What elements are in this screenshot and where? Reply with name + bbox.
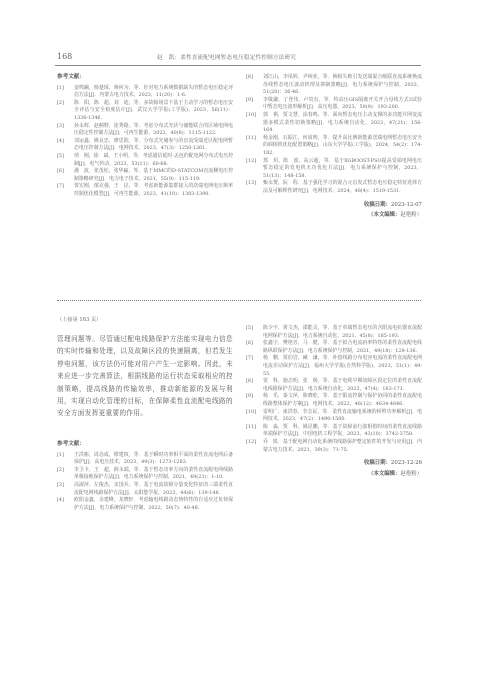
reference-item: [7]贾宏刚，郁克强，王 昆，等．考虑新能源集群接入的送端电网电压频率控制优化模… (57, 183, 233, 198)
page-number: 168 (57, 52, 72, 61)
reference-text: 陈 阳，陈 超，刘 迪，等．多故障场景下基于主动学习的暂态电压安全评估与安全裕度… (74, 100, 233, 123)
continued-from-note: （上接第 163 页） (57, 316, 101, 323)
reference-number: [11] (246, 135, 263, 158)
references-heading: 参考文献： (57, 441, 233, 449)
reference-number: [5] (57, 153, 74, 168)
reference-item: [10]郭 祺，贾文慧，涂春鸣，等．面向暂态电压主动支撑的多功能并网变流器多模式… (246, 112, 422, 135)
reference-text: 陈少宇，黄文杰，邵能灵，等．基于单端暂态电压的含限流电抗器直流配电网保护方法[J… (263, 325, 422, 340)
reference-item: [11]杨金刚，石振江，何成明，等．提升高比例新能源送端电网暂态电压安全的调相机… (246, 135, 422, 158)
reference-text: 郑 玥，陈 波，高云超，等．基于XGBOOST-PSO提高受端电网电压暂态稳定的… (263, 158, 422, 181)
reference-number: [7] (57, 183, 74, 198)
reference-number: [12] (246, 158, 263, 181)
reference-text: 王洪彬，周念成，缪建权，等．基于瞬时功率相平面的柔性直流电网后备保护[J]．高电… (74, 452, 233, 467)
reference-text: 李敬謙，丁登伟，卢贵有，等．特高压GIS隔离开关开合母线方式3试验中暂态电压波形… (263, 97, 422, 112)
reference-number: [9] (246, 393, 263, 408)
reference-item: [8]贾 科，施志明，张 旸，等．基于电缆早期故障区段定位的柔性直流配电线路保护… (246, 378, 422, 393)
reference-text: 欧阳金鑫，余建峰，龙晓轩．考虑输电线路动态热特性的自适应过负荷保护方法[J]．电… (74, 497, 233, 512)
editor-name: 赵艳粉） (400, 212, 422, 218)
bottom-references-left-column: 参考文献： [1]王洪彬，周念成，缪建权，等．基于瞬时功率相平面的柔性直流电网后… (57, 441, 233, 512)
reference-text: 姜鸣蹦，杨楚琛，蒋何为，等．针对电力系统数据缺失的暂态电压稳定评估方法[J]．内… (74, 85, 233, 100)
reference-item: [7]杨 鹏，贾伯岩，臧 谦，等．补偿线路分布电容电流的柔性直流配电网电流差动保… (246, 355, 422, 378)
reference-text: 乔 锐．基于配电网自动化系统的线路保护整定软件的开发与应用[J]．内蒙古电力技术… (263, 439, 422, 454)
reference-item: [3]孙永辉，赵桐野，崔秀路，等．考虑分布式光伏与储能联合的区域电网电压稳定性控… (57, 123, 233, 138)
reference-text: 李卫卡，王 超，薛永端，等．基于暂态功率方向的柔性直流配电网线路单极接地保护方法… (74, 467, 233, 482)
reference-text: 靖 刚，徐 斌，王小明，等．考虑通信延时-丢包的配电网分布式电压控制[J]．电气… (74, 153, 233, 168)
received-date: 2023-12-26 (391, 460, 422, 466)
reference-text: 杨金刚，石振江，何成明，等．提升高比例新能源送端电网暂态电压安全的调相机优化配置… (263, 135, 422, 158)
editor-name: 赵艳粉） (400, 471, 422, 477)
editor-label: （本文编辑： (368, 471, 400, 477)
reference-number: [5] (246, 325, 263, 340)
reference-number: [2] (57, 467, 74, 482)
reference-item: [6]张鑫宇，樊艳芳，马 健，等．基于拟合电流斜率特性的柔性直流配电线路纵联保护… (246, 340, 422, 355)
top-references-left-column: 参考文献： [1]姜鸣蹦，杨楚琛，蒋何为，等．针对电力系统数据缺失的暂态电压稳定… (57, 74, 233, 199)
received-date: 2023-12-07 (391, 202, 422, 208)
reference-item: [8]刘江山，李凤婷，尹纯亚，等．换相失败引发送端混合级联直流系统换流母线暂态电… (246, 74, 422, 97)
reference-number: [11] (246, 424, 263, 439)
reference-number: [10] (246, 409, 263, 424)
reference-item: [10]雷明广，東洪春，李志民，等．柔性直流输电系统的桥臂功率解析[J]．电网技… (246, 409, 422, 424)
reference-number: [6] (57, 168, 74, 183)
reference-item: [2]陈 阳，陈 超，刘 迪，等．多故障场景下基于主动学习的暂态电压安全评估与安… (57, 100, 233, 123)
reference-item: [4]欧阳金鑫，余建峰，龙晓轩．考虑输电线路动态热特性的自适应过负荷保护方法[J… (57, 497, 233, 512)
reference-item: [5]陈少宇，黄文杰，邵能灵，等．基于单端暂态电压的含限流电抗器直流配电网保护方… (246, 325, 422, 340)
reference-item: [1]姜鸣蹦，杨楚琛，蒋何为，等．针对电力系统数据缺失的暂态电压稳定评估方法[J… (57, 85, 233, 100)
reference-item: [13]甄永赞，阮 程．基于强化学习的混合元启发式暂态电压稳定特征选择方法及可解… (246, 180, 422, 195)
reference-number: [3] (57, 123, 74, 138)
article-separator (57, 300, 421, 301)
reference-text: 孙永辉，赵桐野，崔秀路，等．考虑分布式光伏与储能联合的区域电网电压稳定性控制方法… (74, 123, 233, 138)
reference-number: [4] (57, 497, 74, 512)
reference-number: [8] (246, 378, 263, 393)
reference-text: 刘江山，李凤婷，尹纯亚，等．换相失败引发送端混合级联直流系统换流母线暂态电压波动… (263, 74, 422, 97)
reference-text: 陈 淼，贾 科，姚昆鹏，等．基于故障前行波相借时间的柔性直流线路单端保护方法[J… (263, 424, 422, 439)
reference-number: [1] (57, 85, 74, 100)
reference-text: 贾宏刚，郁克强，王 昆，等．考虑新能源集群接入的送端电网电压频率控制优化模型[J… (74, 183, 233, 198)
reference-number: [1] (57, 452, 74, 467)
page-header: 168 赵 凯：柔性直流配电网暂态电压稳定性控制方法研究 (57, 52, 421, 65)
reference-item: [1]王洪彬，周念成，缪建权，等．基于瞬时功率相平面的柔性直流电网后备保护[J]… (57, 452, 233, 467)
reference-text: 贾 科，施志明，张 旸，等．基于电缆早期故障区段定位的柔性直流配电线路保护方法[… (263, 378, 422, 393)
reference-text: 雷明广，東洪春，李志民，等．柔性直流输电系统的桥臂功率解析[J]．电网技术，20… (263, 409, 422, 424)
reference-item: [9]杨 乐，秦文萍，陈晓乾，等．基于限流控制与保护协同的柔性直流配电线路整体保… (246, 393, 422, 408)
reference-number: [10] (246, 112, 263, 135)
header-rule (55, 65, 421, 66)
editor-line: （本文编辑：赵艳粉） (246, 212, 422, 220)
editor-label: （本文编辑： (368, 212, 400, 218)
reference-text: 杨 鹏，贾伯岩，臧 谦，等．补偿线路分布电容电流的柔性直流配电网电流差动保护方法… (263, 355, 422, 378)
editor-line: （本文编辑：赵艳粉） (246, 471, 422, 479)
reference-item: [9]李敬謙，丁登伟，卢贵有，等．特高压GIS隔离开关开合母线方式3试验中暂态电… (246, 97, 422, 112)
reference-number: [13] (246, 180, 263, 195)
reference-item: [6]潘 波，张茂松，张华赢，等．基于MMC的D-STATCOM直流侧电压控制策… (57, 168, 233, 183)
reference-item: [4]刘运鑫，姚良忠，廖思阳，等．分布式光储参与的直流受端近区配电网暂态电压控制… (57, 138, 233, 153)
reference-number: [9] (246, 97, 263, 112)
running-title: 赵 凯：柔性直流配电网暂态电压稳定性控制方法研究 (157, 53, 296, 61)
reference-number: [2] (57, 100, 74, 123)
reference-number: [3] (57, 482, 74, 497)
reference-text: 高淑萍，左俊杰，宋国兵，等．基于电流故障分量变化特征的三端柔性直流配电网线路保护… (74, 482, 233, 497)
received-label: 收稿日期： (364, 460, 391, 466)
reference-text: 杨 乐，秦文萍，陈晓乾，等．基于限流控制与保护协同的柔性直流配电线路整体保护方案… (263, 393, 422, 408)
reference-number: [8] (246, 74, 263, 97)
bottom-references-right-column: [5]陈少宇，黄文杰，邵能灵，等．基于单端暂态电压的含限流电抗器直流配电网保护方… (246, 325, 422, 478)
reference-number: [7] (246, 355, 263, 378)
reference-item: [3]高淑萍，左俊杰，宋国兵，等．基于电流故障分量变化特征的三端柔性直流配电网线… (57, 482, 233, 497)
reference-text: 刘运鑫，姚良忠，廖思阳，等．分布式光储参与的直流受端近区配电网暂态电压控制方法[… (74, 138, 233, 153)
reference-number: [6] (246, 340, 263, 355)
reference-number: [12] (246, 439, 263, 454)
received-date-line: 收稿日期：2023-12-26 (246, 460, 422, 468)
reference-text: 甄永赞，阮 程．基于强化学习的混合元启发式暂态电压稳定特征选择方法及可解释性研究… (263, 180, 422, 195)
references-heading: 参考文献： (57, 74, 233, 82)
received-date-line: 收稿日期：2023-12-07 (246, 202, 422, 210)
reference-item: [11]陈 淼，贾 科，姚昆鹏，等．基于故障前行波相借时间的柔性直流线路单端保护… (246, 424, 422, 439)
reference-item: [5]靖 刚，徐 斌，王小明，等．考虑通信延时-丢包的配电网分布式电压控制[J]… (57, 153, 233, 168)
reference-number: [4] (57, 138, 74, 153)
reference-item: [12]乔 锐．基于配电网自动化系统的线路保护整定软件的开发与应用[J]．内蒙古… (246, 439, 422, 454)
top-references-right-column: [8]刘江山，李凤婷，尹纯亚，等．换相失败引发送端混合级联直流系统换流母线暂态电… (246, 74, 422, 220)
reference-text: 郭 祺，贾文慧，涂春鸣，等．面向暂态电压主动支撑的多功能并网变流器多模式柔性切换… (263, 112, 422, 135)
reference-item: [12]郑 玥，陈 波，高云超，等．基于XGBOOST-PSO提高受端电网电压暂… (246, 158, 422, 181)
reference-item: [2]李卫卡，王 超，薛永端，等．基于暂态功率方向的柔性直流配电网线路单极接地保… (57, 467, 233, 482)
reference-text: 潘 波，张茂松，张华赢，等．基于MMC的D-STATCOM直流侧电压控制策略研究… (74, 168, 233, 183)
reference-text: 张鑫宇，樊艳芳，马 健，等．基于拟合电流斜率特性的柔性直流配电线路纵联保护方法[… (263, 340, 422, 355)
body-paragraph: 管理问题等。尽管通过配电线路保护方法能实现电力信息的实时传输和处理，以及故障区段… (57, 333, 233, 420)
received-label: 收稿日期： (364, 202, 391, 208)
